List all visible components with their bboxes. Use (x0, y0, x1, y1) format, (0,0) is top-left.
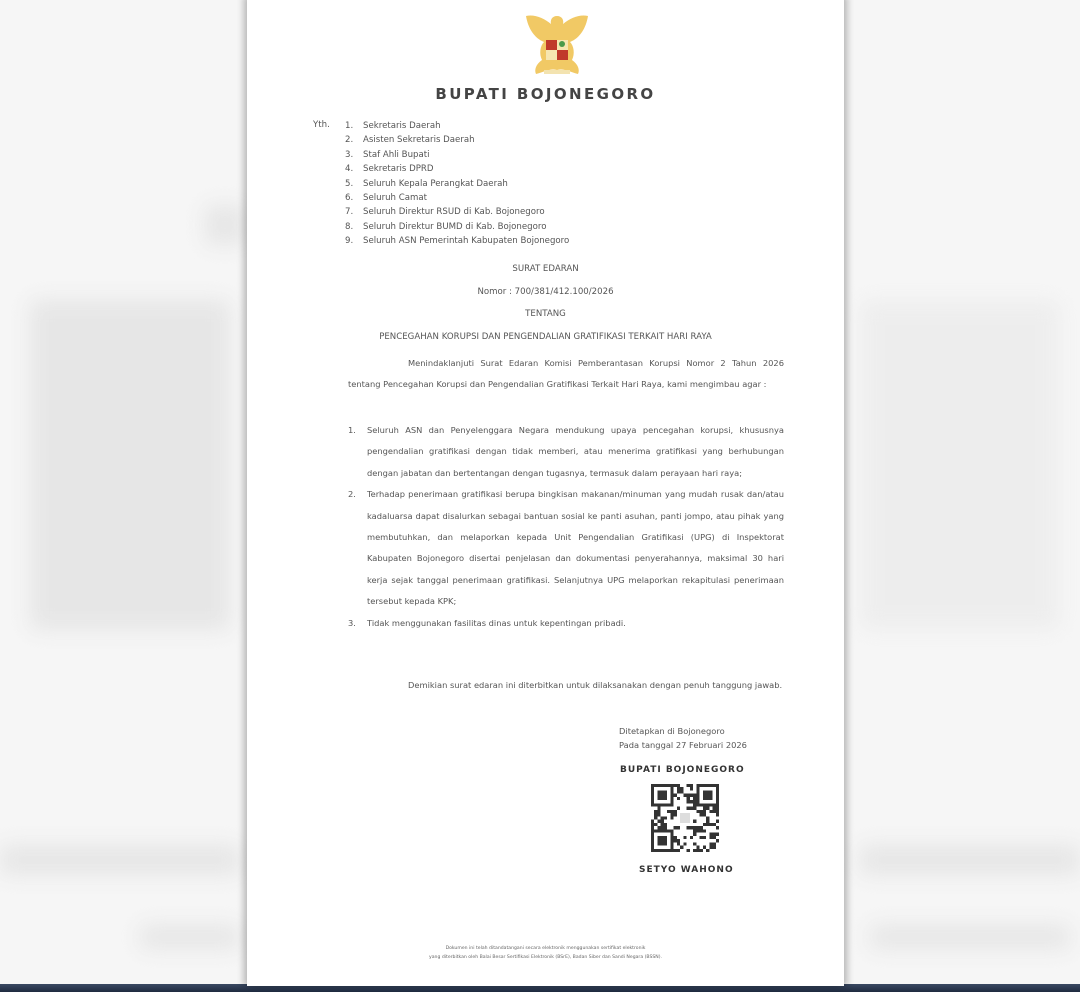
intro-paragraph: Menindaklanjuti Surat Edaran Komisi Pemb… (348, 353, 784, 396)
footer-line: yang diterbitkan oleh Balai Besar Sertif… (247, 954, 844, 963)
list-item: 2.Asisten Sekretaris Daerah (345, 133, 569, 147)
blurred-text-block (0, 845, 240, 875)
item-number: 2. (345, 133, 363, 147)
instruction-list: 1.Seluruh ASN dan Penyelenggara Negara m… (348, 420, 784, 634)
list-item: 5.Seluruh Kepala Perangkat Daerah (345, 177, 569, 191)
signature-place-date: Ditetapkan di Bojonegoro Pada tanggal 27… (619, 724, 747, 752)
item-number: 8. (345, 220, 363, 234)
qr-code-icon (651, 784, 719, 852)
item-text: Asisten Sekretaris Daerah (363, 135, 475, 145)
item-text: Sekretaris DPRD (363, 164, 434, 174)
list-item: 4.Sekretaris DPRD (345, 162, 569, 176)
closing-text: Demikian surat edaran ini diterbitkan un… (408, 680, 782, 690)
item-text: Terhadap penerimaan gratifikasi berupa b… (367, 489, 784, 606)
item-number: 1. (345, 119, 363, 133)
list-item: 9.Seluruh ASN Pemerintah Kabupaten Bojon… (345, 234, 569, 248)
recipients-list: 1.Sekretaris Daerah 2.Asisten Sekretaris… (345, 119, 569, 249)
list-item: 3.Tidak menggunakan fasilitas dinas untu… (348, 613, 784, 634)
item-number: 9. (345, 234, 363, 248)
item-text: Seluruh Camat (363, 193, 427, 203)
footer-line: Dokumen ini telah ditandatangani secara … (247, 945, 844, 954)
item-number: 3. (348, 613, 356, 634)
blurred-text-block (870, 925, 1070, 949)
intro-text: Menindaklanjuti Surat Edaran Komisi Pemb… (348, 358, 784, 389)
recipients-label: Yth. (313, 120, 330, 130)
blurred-text-block (205, 205, 245, 245)
electronic-signature-note: Dokumen ini telah ditandatangani secara … (247, 945, 844, 962)
item-number: 2. (348, 484, 356, 505)
document-number: Nomor : 700/381/412.100/2026 (247, 287, 844, 297)
document-page: BUPATI BOJONEGORO Yth. 1.Sekretaris Daer… (247, 0, 844, 986)
signature-date: Pada tanggal 27 Februari 2026 (619, 738, 747, 752)
item-text: Staf Ahli Bupati (363, 150, 430, 160)
item-number: 4. (345, 162, 363, 176)
item-text: Seluruh Kepala Perangkat Daerah (363, 179, 508, 189)
blurred-text-block (860, 300, 1060, 630)
item-number: 6. (345, 191, 363, 205)
blurred-text-block (30, 300, 230, 630)
about-label: TENTANG (247, 309, 844, 319)
blurred-text-block (140, 925, 240, 949)
signer-title: BUPATI BOJONEGORO (620, 765, 745, 775)
signature-place: Ditetapkan di Bojonegoro (619, 724, 747, 738)
list-item: 3.Staf Ahli Bupati (345, 148, 569, 162)
list-item: 6.Seluruh Camat (345, 191, 569, 205)
garuda-emblem-icon (522, 10, 592, 78)
item-text: Tidak menggunakan fasilitas dinas untuk … (367, 618, 626, 628)
item-number: 3. (345, 148, 363, 162)
item-number: 5. (345, 177, 363, 191)
item-number: 1. (348, 420, 356, 441)
document-subject: PENCEGAHAN KORUPSI DAN PENGENDALIAN GRAT… (247, 332, 844, 342)
closing-paragraph: Demikian surat edaran ini diterbitkan un… (348, 675, 784, 696)
item-text: Seluruh ASN dan Penyelenggara Negara men… (367, 425, 784, 478)
letterhead: BUPATI BOJONEGORO (247, 85, 844, 103)
blurred-text-block (860, 845, 1080, 875)
signer-name: SETYO WAHONO (639, 865, 734, 875)
list-item: 1.Seluruh ASN dan Penyelenggara Negara m… (348, 420, 784, 484)
document-type: SURAT EDARAN (247, 264, 844, 274)
item-text: Seluruh Direktur RSUD di Kab. Bojonegoro (363, 207, 545, 217)
item-text: Seluruh Direktur BUMD di Kab. Bojonegoro (363, 222, 546, 232)
item-number: 7. (345, 205, 363, 219)
list-item: 2.Terhadap penerimaan gratifikasi berupa… (348, 484, 784, 612)
list-item: 8.Seluruh Direktur BUMD di Kab. Bojonego… (345, 220, 569, 234)
item-text: Seluruh ASN Pemerintah Kabupaten Bojoneg… (363, 236, 569, 246)
item-text: Sekretaris Daerah (363, 121, 441, 131)
list-item: 1.Sekretaris Daerah (345, 119, 569, 133)
list-item: 7.Seluruh Direktur RSUD di Kab. Bojonego… (345, 205, 569, 219)
